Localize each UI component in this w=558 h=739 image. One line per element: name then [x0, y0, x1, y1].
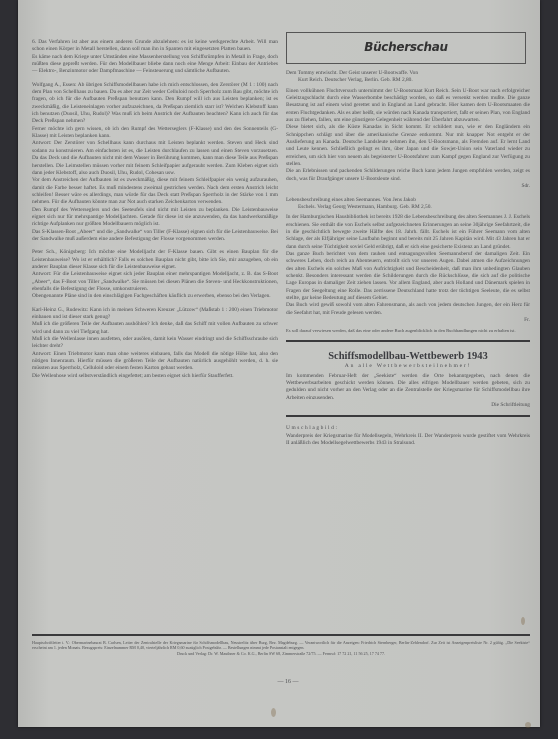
paper-stain	[525, 722, 531, 728]
book1-title: Dem Tommy entwischt. Der Geist unserer U…	[286, 70, 530, 77]
imprint: Hauptschriftleiter i. V.: Obermarinebaur…	[32, 640, 530, 656]
letter-paragraph: Antwort: Einen Triebmotor kann man ohne …	[32, 351, 278, 373]
divider	[286, 415, 530, 417]
book1-paragraph: Einen vollkühnen Fluchtversuch unternimm…	[286, 88, 530, 125]
book2-author: Eschels. Verlag Georg Westermann, Hambur…	[286, 204, 530, 211]
paper-stain	[271, 708, 276, 717]
cover-image-text: Wanderpreis der Kriegsmarine für Modells…	[286, 433, 530, 448]
letter-paragraph: Vor dem Anstreichen der Aufbauten ist es…	[32, 177, 278, 206]
competition-body: Im kommenden Februar-Heft der „Seekiste“…	[286, 373, 530, 402]
paper-stain	[521, 617, 525, 625]
magazine-page: 6. Das Verfahren ist aber aus einem ande…	[18, 0, 540, 727]
cover-image-label: Umschlagbild:	[286, 425, 530, 432]
letter-paragraph: Antwort: Für die Leistenbauweise eignet …	[32, 271, 278, 293]
book1-author: Kurt Reich. Deutscher Verlag, Berlin. Ge…	[286, 77, 530, 84]
book2-paragraph: In der Hamburgischen Hausbibliothek ist …	[286, 214, 530, 251]
book2-title: Lebensbeschreibung eines alten Seemannes…	[286, 197, 530, 204]
letter-paragraph: Muß ich die größeren Teile der Aufbauten…	[32, 321, 278, 336]
letter-paragraph: Es käme nach dem Kriege unter Umständen …	[32, 54, 278, 76]
book2-paragraph: Das Buch wird gewiß sowohl vom alten Fah…	[286, 302, 530, 317]
letter-paragraph: Die Wellenhose wird selbstverständlich e…	[32, 373, 278, 380]
availability-note: Es soll darauf verwiesen werden, daß das…	[286, 328, 530, 334]
letter-paragraph: 6. Das Verfahren ist aber aus einem ande…	[32, 39, 278, 54]
letter-paragraph: Ferner möchte ich gern wissen, ob ich de…	[32, 126, 278, 141]
competition-title: Schiffsmodellbau-Wettbewerb 1943	[286, 350, 530, 363]
book2-paragraph: Das ganze Buch berichtet von dem rauhen …	[286, 251, 530, 302]
book-review-header: Bücherschau	[286, 32, 526, 64]
imprint-line: Druck und Verlag: Dr. W. Mauthner & Co. …	[32, 651, 530, 656]
book-review-title: Bücherschau	[364, 44, 448, 51]
imprint-line: Hauptschriftleiter i. V.: Obermarinebaur…	[32, 640, 530, 651]
book1-paragraph: Diese bietet sich, als die Küste Kanadas…	[286, 124, 530, 168]
letter-paragraph: Antwort: Der Zerstörer von Schellhaus ka…	[32, 140, 278, 177]
footer-divider	[32, 634, 530, 636]
competition-signature: Die Schriftleitung	[286, 402, 530, 409]
letter-paragraph: Den Rumpf des Wetterseglers und des Seet…	[32, 207, 278, 229]
letter-paragraph: Karl-Heinz G., Rudewitz: Kann ich in mei…	[32, 307, 278, 322]
left-column: 6. Das Verfahren ist aber aus einem ande…	[32, 39, 278, 380]
book1-signature: Sdr.	[286, 183, 530, 190]
book1-paragraph: Die an Erlebnissen und packenden Schilde…	[286, 168, 530, 183]
page-number: — 16 —	[258, 679, 318, 685]
letter-paragraph: Muß ich die Wellenlasse innen ausfetten,…	[32, 336, 278, 351]
competition-subtitle: An alle Wettbewerbsteilnehmer!	[286, 363, 530, 370]
letter-paragraph: Obengenannte Pläne sind in den einschläg…	[32, 293, 278, 300]
letter-paragraph: Das S-Klassen-Boot „Abeer“ und die „Sand…	[32, 229, 278, 244]
divider	[286, 340, 530, 342]
book2-signature: Fr.	[286, 317, 530, 324]
letter-paragraph: Peter Sch., Königsberg: Ich möchte eine …	[32, 249, 278, 271]
letter-paragraph: Wolfgang A., Essen: Ab übrigen Schiffsmo…	[32, 82, 278, 126]
right-column: Bücherschau Dem Tommy entwischt. Der Gei…	[286, 32, 530, 447]
